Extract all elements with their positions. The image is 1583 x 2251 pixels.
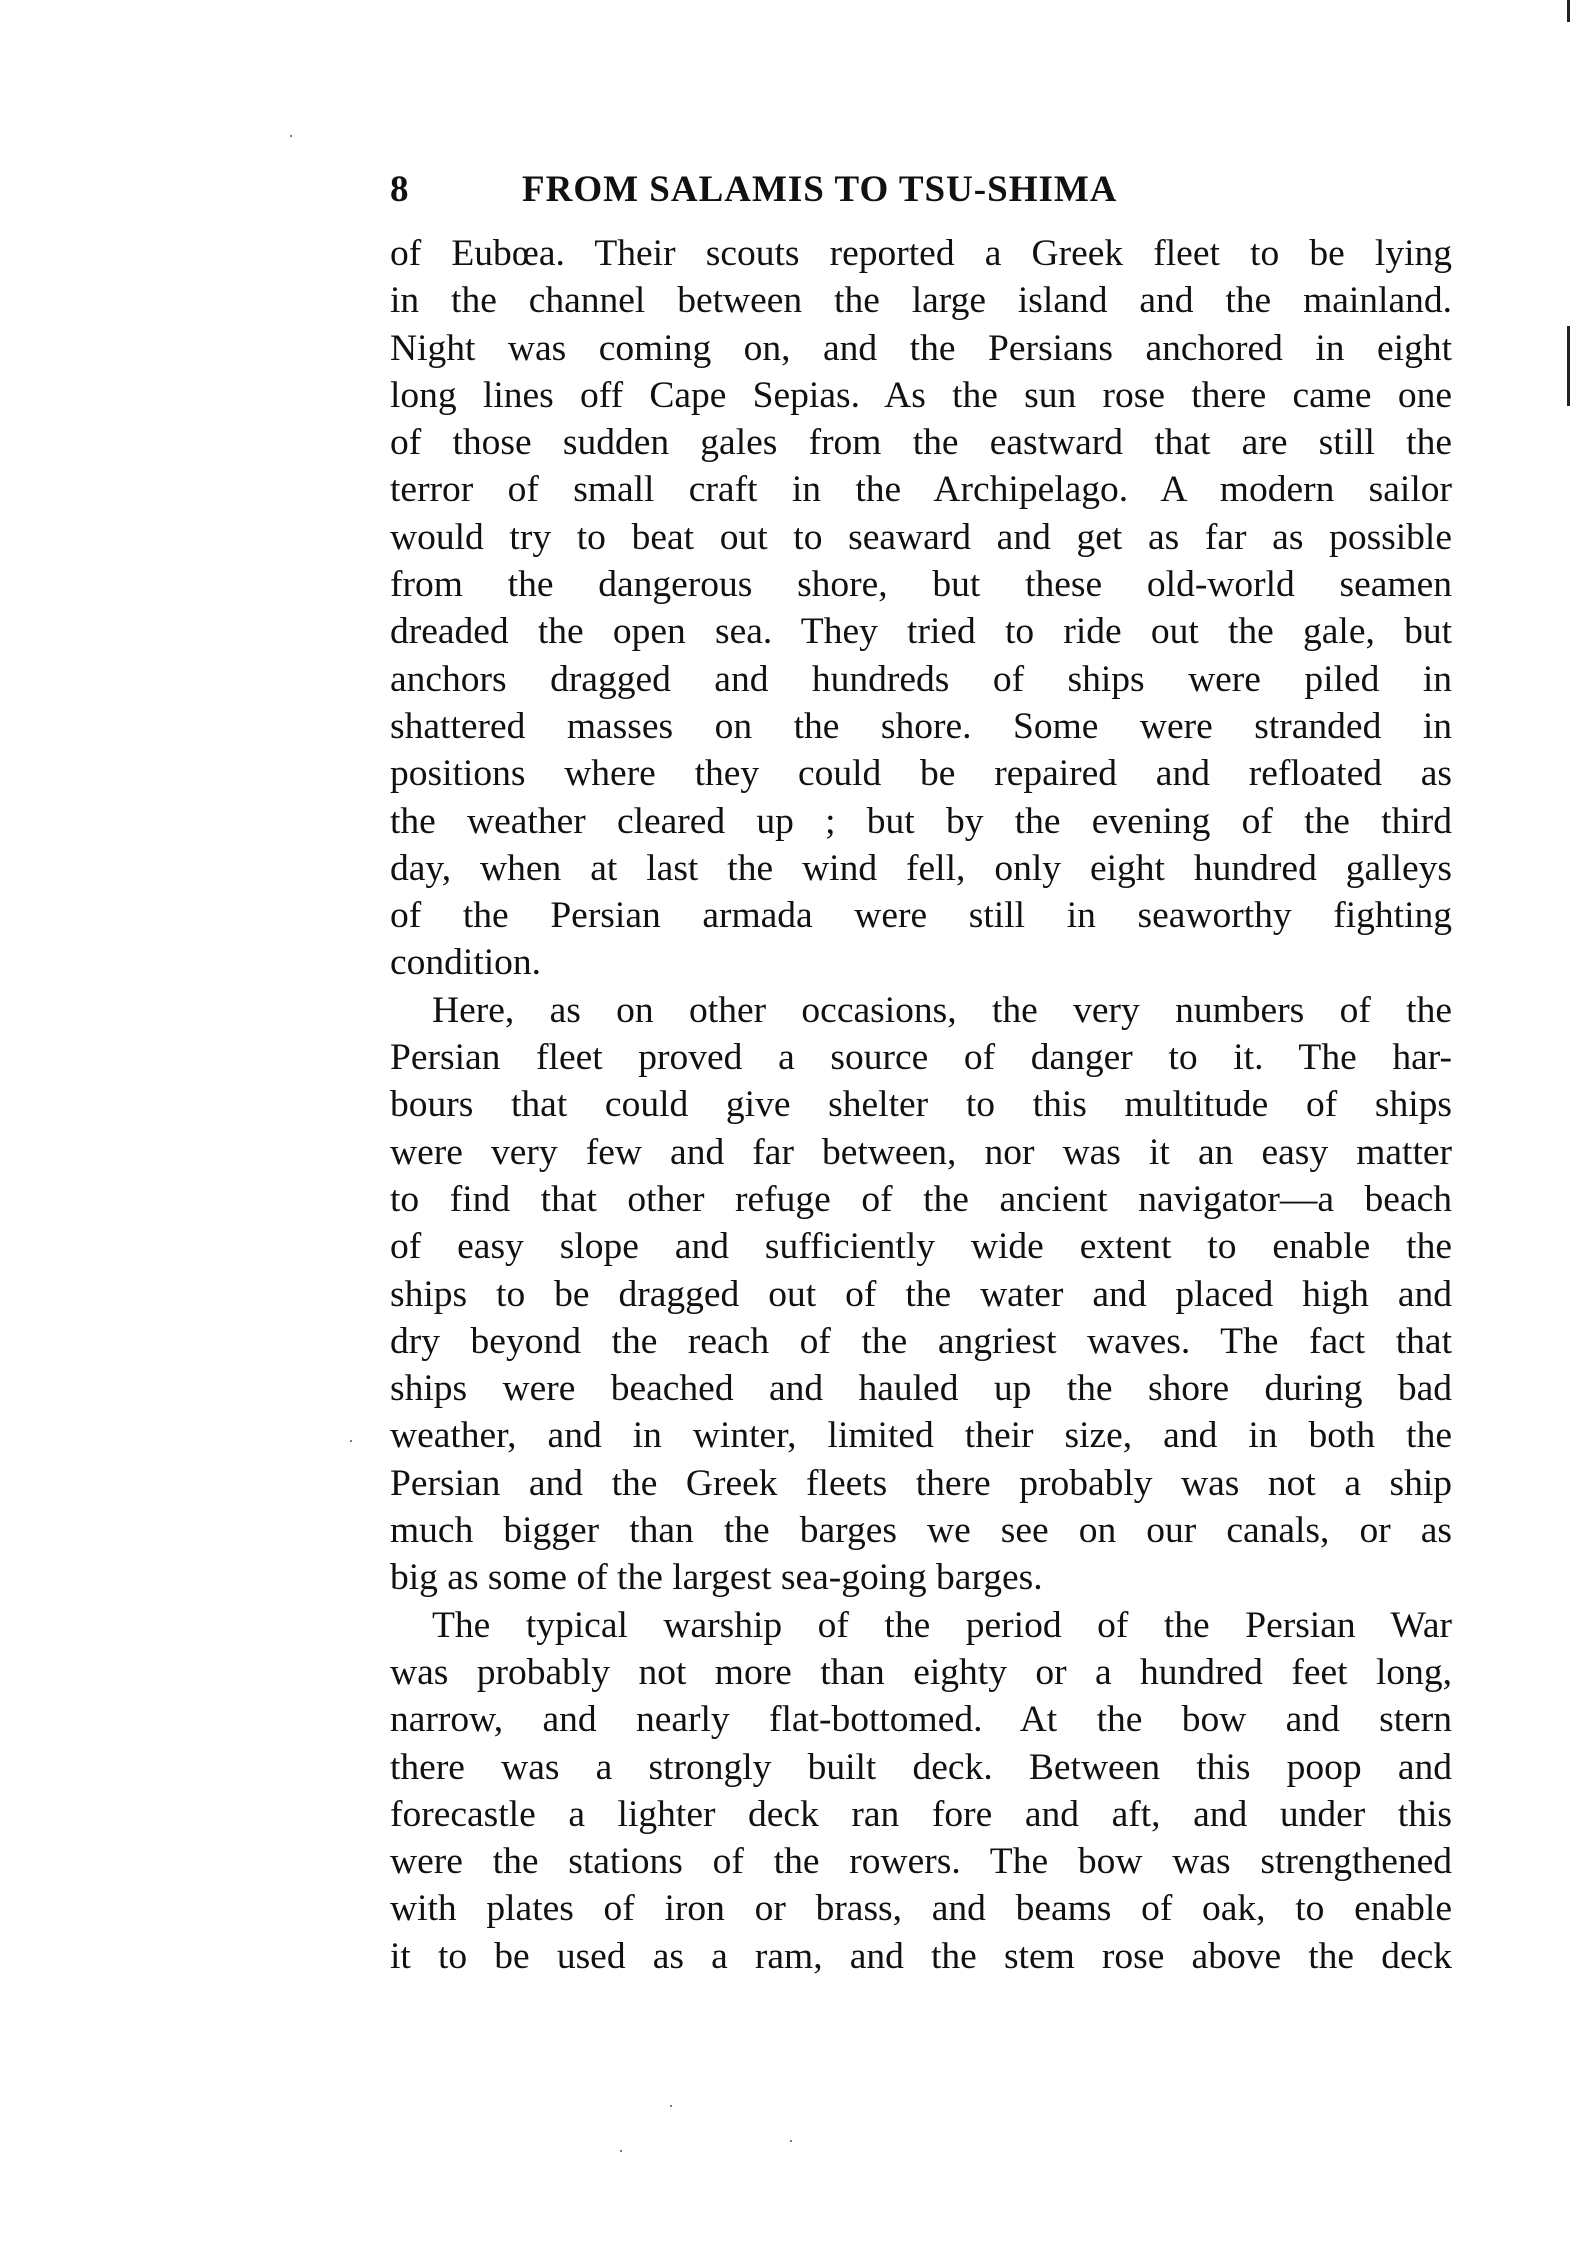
scan-speck	[790, 2140, 792, 2142]
text-line: shattered masses on the shore. Some were…	[390, 703, 1452, 750]
scan-mark	[1567, 326, 1570, 406]
scan-speck	[290, 135, 292, 137]
text-line: were very few and far between, nor was i…	[390, 1129, 1452, 1176]
text-line: terror of small craft in the Archipelago…	[390, 466, 1452, 513]
text-line: there was a strongly built deck. Between…	[390, 1744, 1452, 1791]
text-line: were the stations of the rowers. The bow…	[390, 1838, 1452, 1885]
text-line: in the channel between the large island …	[390, 277, 1452, 324]
text-line: Persian and the Greek fleets there proba…	[390, 1460, 1452, 1507]
text-line: forecastle a lighter deck ran fore and a…	[390, 1791, 1452, 1838]
text-line: narrow, and nearly flat-bottomed. At the…	[390, 1696, 1452, 1743]
text-line: ships to be dragged out of the water and…	[390, 1271, 1452, 1318]
text-line: anchors dragged and hundreds of ships we…	[390, 656, 1452, 703]
text-line: long lines off Cape Sepias. As the sun r…	[390, 372, 1452, 419]
text-line: The typical warship of the period of the…	[390, 1602, 1452, 1649]
book-page: 8 FROM SALAMIS TO TSU-SHIMA of Eubœa. Th…	[390, 168, 1452, 1980]
text-line: dreaded the open sea. They tried to ride…	[390, 608, 1452, 655]
text-line: dry beyond the reach of the angriest wav…	[390, 1318, 1452, 1365]
text-line: Night was coming on, and the Persians an…	[390, 325, 1452, 372]
running-head: 8 FROM SALAMIS TO TSU-SHIMA	[390, 168, 1452, 224]
text-line: it to be used as a ram, and the stem ros…	[390, 1933, 1452, 1980]
text-line: of those sudden gales from the eastward …	[390, 419, 1452, 466]
text-line: bours that could give shelter to this mu…	[390, 1081, 1452, 1128]
text-line: the weather cleared up ; but by the even…	[390, 798, 1452, 845]
text-line: of Eubœa. Their scouts reported a Greek …	[390, 230, 1452, 277]
text-line: from the dangerous shore, but these old-…	[390, 561, 1452, 608]
scan-speck	[620, 2150, 622, 2152]
body-text: of Eubœa. Their scouts reported a Greek …	[390, 230, 1452, 1980]
text-line: big as some of the largest sea-going bar…	[390, 1554, 1452, 1601]
text-line: much bigger than the barges we see on ou…	[390, 1507, 1452, 1554]
text-line: positions where they could be repaired a…	[390, 750, 1452, 797]
text-line: Persian fleet proved a source of danger …	[390, 1034, 1452, 1081]
text-line: of the Persian armada were still in seaw…	[390, 892, 1452, 939]
text-line: weather, and in winter, limited their si…	[390, 1412, 1452, 1459]
page-number: 8	[390, 168, 522, 211]
running-title: FROM SALAMIS TO TSU-SHIMA	[522, 168, 1118, 211]
scan-speck	[670, 2105, 672, 2107]
text-line: Here, as on other occasions, the very nu…	[390, 987, 1452, 1034]
text-line: condition.	[390, 939, 1452, 986]
text-line: day, when at last the wind fell, only ei…	[390, 845, 1452, 892]
text-line: with plates of iron or brass, and beams …	[390, 1885, 1452, 1932]
text-line: to find that other refuge of the ancient…	[390, 1176, 1452, 1223]
scan-mark	[1567, 0, 1570, 22]
text-line: of easy slope and sufficiently wide exte…	[390, 1223, 1452, 1270]
text-line: ships were beached and hauled up the sho…	[390, 1365, 1452, 1412]
text-line: would try to beat out to seaward and get…	[390, 514, 1452, 561]
text-line: was probably not more than eighty or a h…	[390, 1649, 1452, 1696]
scan-speck	[350, 1440, 352, 1442]
